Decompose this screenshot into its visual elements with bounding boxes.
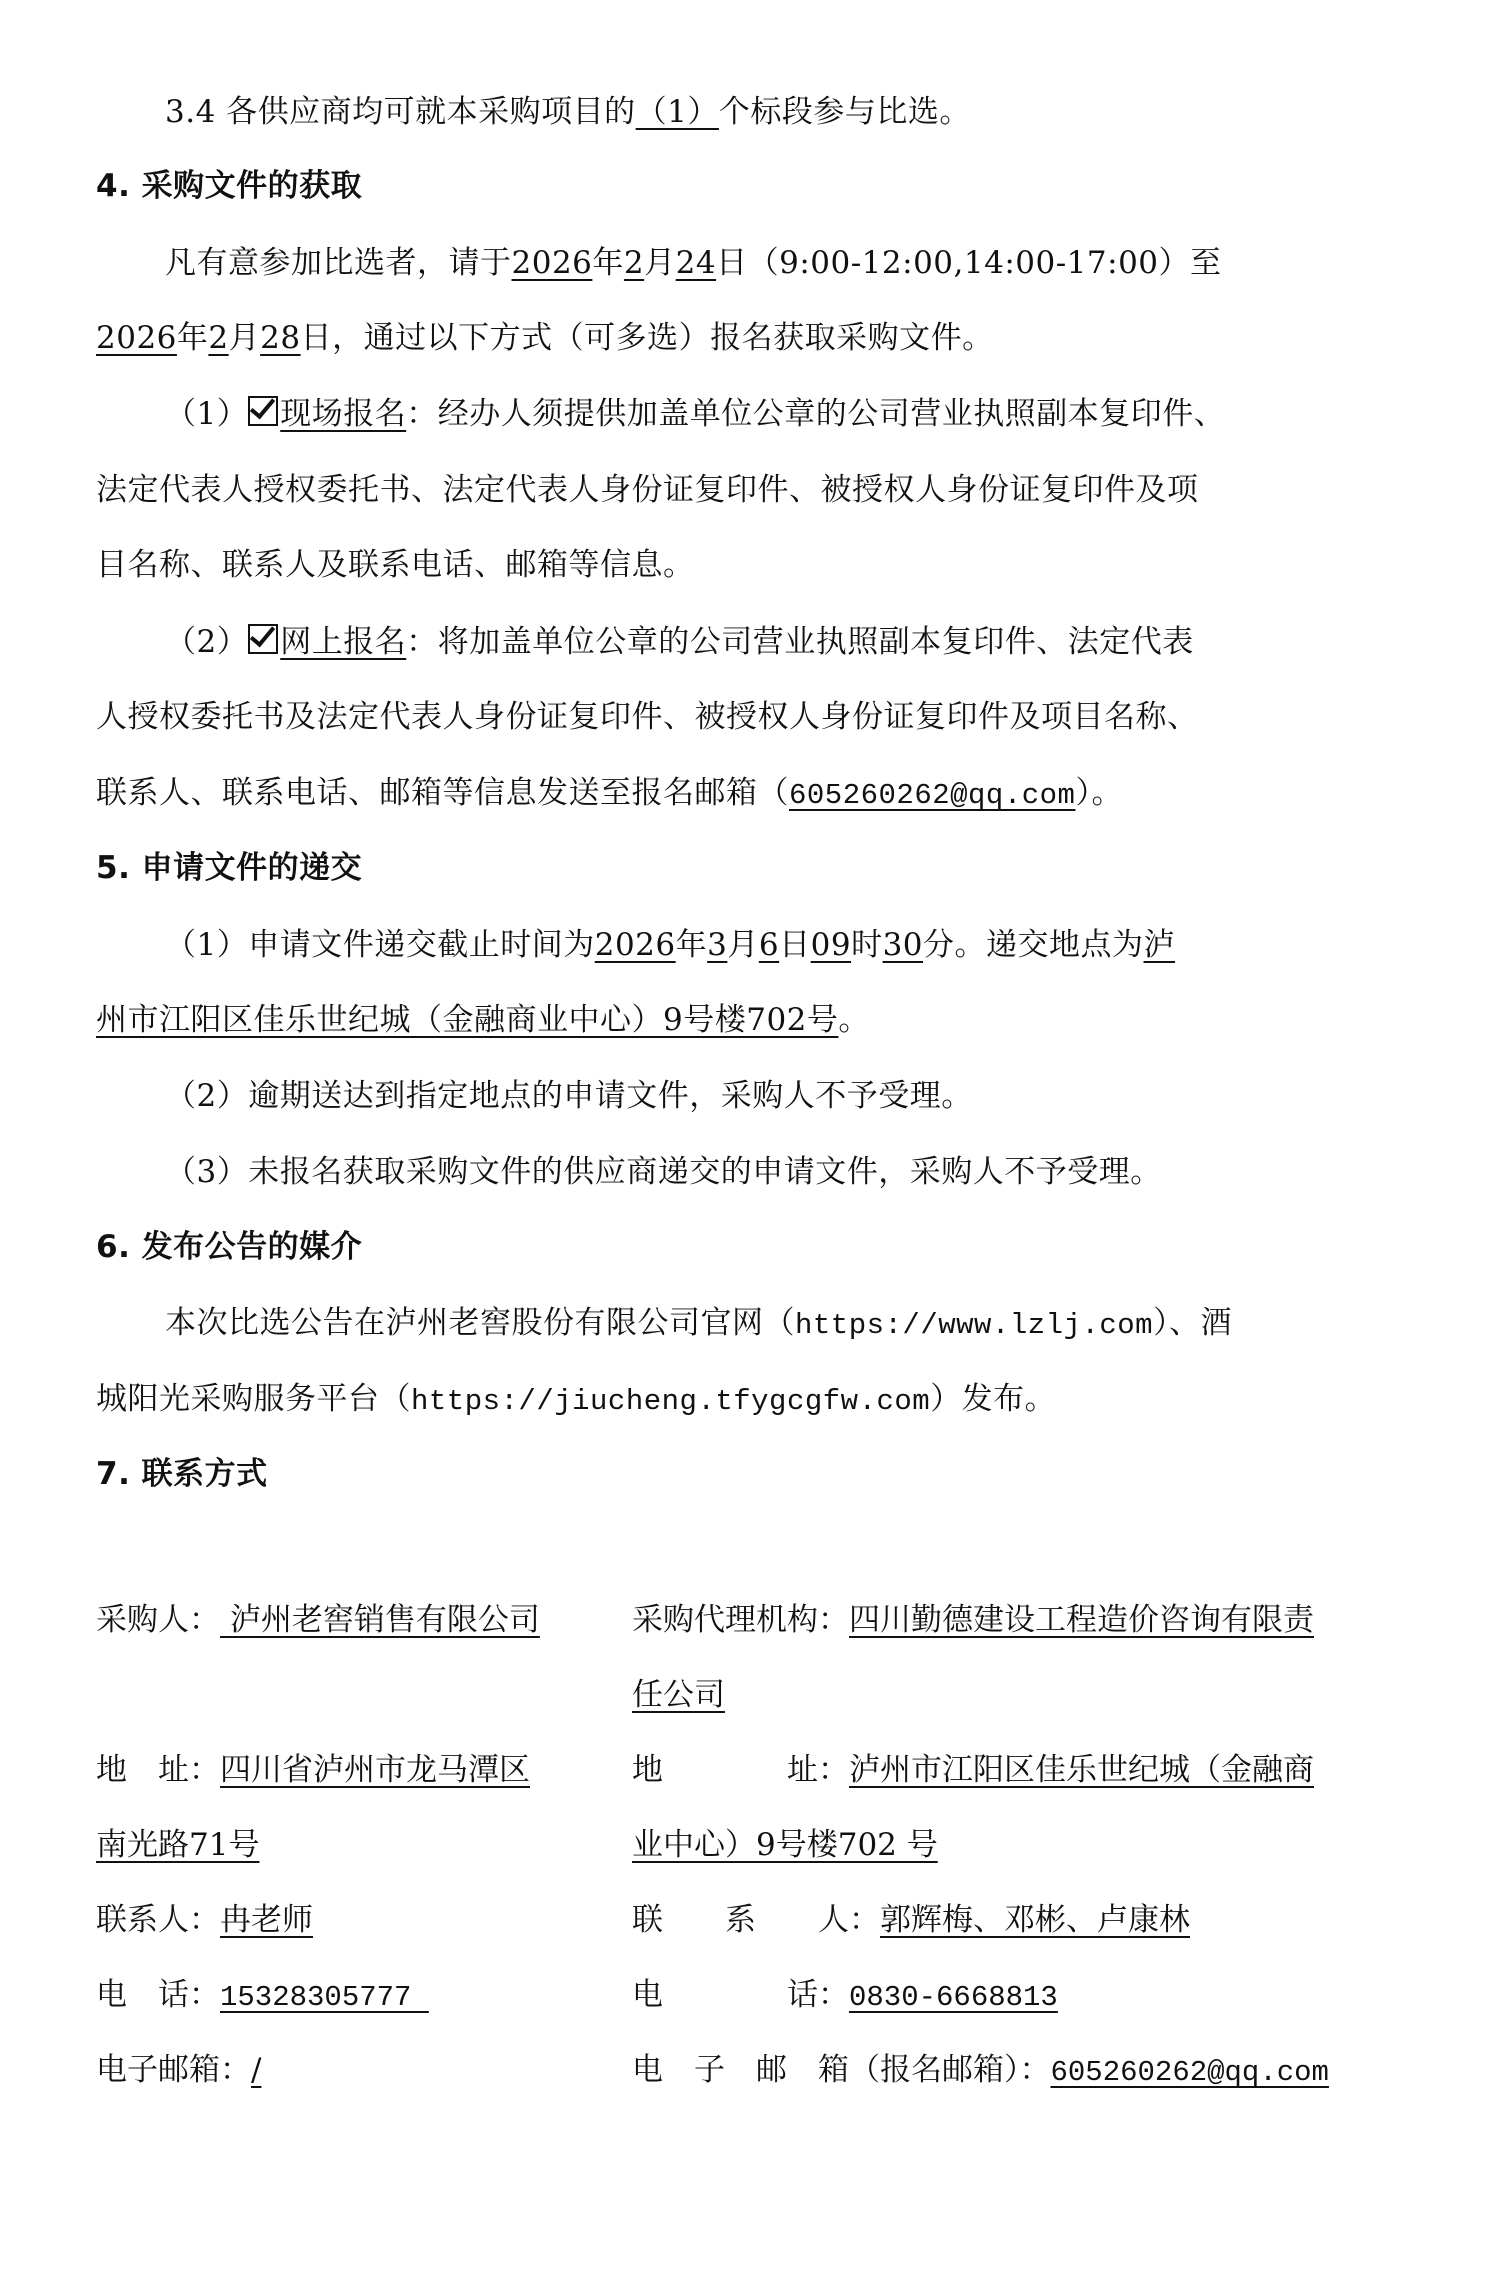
deadline-month: 3 — [707, 927, 727, 963]
onsite-registration-line1: （1）现场报名：经办人须提供加盖单位公章的公司营业执照副本复印件、 — [165, 394, 1225, 434]
field-label: 电 话： — [96, 1977, 220, 2013]
item-number: （1） — [165, 396, 248, 432]
agency-address: 业中心）9号楼702 号 — [632, 1827, 938, 1863]
agency-address-row: 地 址：泸州市江阳区佳乐世纪城（金融商 — [632, 1750, 1314, 1790]
clause-text: 个标段参与比选。 — [719, 94, 971, 130]
onsite-registration-option: 现场报名 — [248, 396, 406, 432]
end-month: 2 — [208, 320, 228, 356]
text: 年 — [676, 927, 708, 963]
submission-deadline-line1: （1）申请文件递交截止时间为2026年3月6日09时30分。递交地点为泸 — [165, 925, 1175, 965]
agency-address: 泸州市江阳区佳乐世纪城（金融商 — [849, 1752, 1314, 1788]
text: 凡有意参加比选者，请于 — [165, 245, 512, 281]
submission-address: 泸 — [1144, 927, 1176, 963]
end-day: 28 — [260, 320, 300, 356]
jiucheng-platform-link[interactable]: https://jiucheng.tfygcgfw.com — [411, 1385, 930, 1418]
agency-name: 任公司 — [632, 1677, 725, 1713]
text: 本次比选公告在泸州老窖股份有限公司官网（ — [165, 1305, 795, 1341]
field-label: 电 话： — [632, 1977, 849, 2013]
purchaser-address-row: 地 址：四川省泸州市龙马潭区 — [96, 1750, 530, 1790]
deadline-minute: 30 — [883, 927, 923, 963]
text: ：经办人须提供加盖单位公章的公司营业执照副本复印件、 — [406, 396, 1225, 432]
purchaser-address-row-2: 南光路71号 — [96, 1825, 259, 1865]
purchaser-contact-person: 冉老师 — [220, 1902, 313, 1938]
checkbox-checked-icon — [248, 396, 278, 426]
online-registration-line1: （2）网上报名：将加盖单位公章的公司营业执照副本复印件、法定代表 — [165, 622, 1194, 662]
purchaser-email-row: 电子邮箱：/ — [96, 2050, 261, 2090]
item-number: （2） — [165, 624, 248, 660]
text: 。 — [838, 1002, 870, 1038]
text: 月 — [644, 245, 676, 281]
onsite-registration-line2: 法定代表人授权委托书、法定代表人身份证复印件、被授权人身份证复印件及项 — [96, 470, 1199, 510]
text: ）、酒 — [1153, 1305, 1232, 1341]
text: ）。 — [1075, 775, 1123, 811]
deadline-day: 6 — [759, 927, 779, 963]
purchaser-email: / — [251, 2052, 261, 2088]
text: （1）申请文件递交截止时间为 — [165, 927, 595, 963]
purchaser-name: 泸州老窖销售有限公司 — [220, 1602, 540, 1638]
purchaser-phone-row: 电 话：15328305777 — [96, 1975, 429, 2018]
text: 时 — [851, 927, 883, 963]
start-day: 24 — [676, 245, 716, 281]
agency-name-row: 采购代理机构：四川勤德建设工程造价咨询有限责 — [632, 1600, 1314, 1640]
agency-email-row: 电 子 邮 箱（报名邮箱）：605260262@qq.com — [632, 2050, 1329, 2093]
text: 年 — [177, 320, 209, 356]
text: ）发布。 — [930, 1381, 1056, 1417]
text: 联系人、联系电话、邮箱等信息发送至报名邮箱（ — [96, 775, 789, 811]
end-year: 2026 — [96, 320, 177, 356]
field-label: 地 址： — [96, 1752, 220, 1788]
submission-address: 州市江阳区佳乐世纪城（金融商业中心）9号楼702号 — [96, 1002, 838, 1038]
field-label: 采购人： — [96, 1602, 220, 1638]
purchaser-address: 四川省泸州市龙马潭区 — [220, 1752, 530, 1788]
unregistered-submission-clause: （3）未报名获取采购文件的供应商递交的申请文件，采购人不予受理。 — [165, 1152, 1162, 1192]
submission-deadline-line2: 州市江阳区佳乐世纪城（金融商业中心）9号楼702号。 — [96, 1000, 870, 1040]
agency-contact-row: 联 系 人：郭辉梅、邓彬、卢康林 — [632, 1900, 1190, 1940]
registration-email-link[interactable]: 605260262@qq.com — [789, 779, 1075, 812]
agency-address-row-2: 业中心）9号楼702 号 — [632, 1825, 938, 1865]
lot-count: （1） — [636, 94, 719, 130]
field-label: 电子邮箱： — [96, 2052, 251, 2088]
text: 日 — [779, 927, 811, 963]
section-5-heading: 5. 申请文件的递交 — [96, 848, 362, 888]
section-7-heading: 7. 联系方式 — [96, 1454, 268, 1494]
field-label: 电 子 邮 箱（报名邮箱）： — [632, 2052, 1051, 2088]
purchaser-contact-row: 联系人：冉老师 — [96, 1900, 313, 1940]
media-line1: 本次比选公告在泸州老窖股份有限公司官网（https://www.lzlj.com… — [165, 1303, 1232, 1346]
onsite-registration-line3: 目名称、联系人及联系电话、邮箱等信息。 — [96, 545, 695, 585]
agency-phone: 0830-6668813 — [849, 1981, 1058, 2014]
text: 日（9:00-12:00,14:00-17:00）至 — [716, 245, 1221, 281]
start-month: 2 — [624, 245, 644, 281]
option-label: 网上报名 — [280, 624, 406, 660]
section-4-intro-line2: 2026年2月28日，通过以下方式（可多选）报名获取采购文件。 — [96, 318, 994, 358]
field-label: 联系人： — [96, 1902, 220, 1938]
clause-text: 3.4 各供应商均可就本采购项目的 — [165, 94, 636, 130]
purchaser-name-row: 采购人： 泸州老窖销售有限公司 — [96, 1600, 540, 1640]
late-submission-clause: （2）逾期送达到指定地点的申请文件，采购人不予受理。 — [165, 1076, 973, 1116]
section-6-heading: 6. 发布公告的媒介 — [96, 1227, 362, 1267]
text: 城阳光采购服务平台（ — [96, 1381, 411, 1417]
section-4-intro-line1: 凡有意参加比选者，请于2026年2月24日（9:00-12:00,14:00-1… — [165, 243, 1222, 283]
online-registration-option: 网上报名 — [248, 624, 406, 660]
text: 年 — [592, 245, 624, 281]
document-page: 3.4 各供应商均可就本采购项目的（1）个标段参与比选。 4. 采购文件的获取 … — [0, 0, 1500, 2291]
media-line2: 城阳光采购服务平台（https://jiucheng.tfygcgfw.com）… — [96, 1379, 1056, 1422]
text: 分。递交地点为 — [923, 927, 1144, 963]
checkbox-checked-icon — [248, 624, 278, 654]
text: ：将加盖单位公章的公司营业执照副本复印件、法定代表 — [406, 624, 1194, 660]
deadline-year: 2026 — [595, 927, 676, 963]
online-registration-line2: 人授权委托书及法定代表人身份证复印件、被授权人身份证复印件及项目名称、 — [96, 697, 1199, 737]
agency-email-link[interactable]: 605260262@qq.com — [1051, 2056, 1329, 2089]
field-label: 地 址： — [632, 1752, 849, 1788]
agency-contact-persons: 郭辉梅、邓彬、卢康林 — [880, 1902, 1190, 1938]
text: 月 — [229, 320, 261, 356]
purchaser-address: 南光路71号 — [96, 1827, 259, 1863]
section-4-heading: 4. 采购文件的获取 — [96, 166, 362, 206]
deadline-hour: 09 — [811, 927, 851, 963]
agency-name-row-2: 任公司 — [632, 1675, 725, 1715]
agency-phone-row: 电 话：0830-6668813 — [632, 1975, 1058, 2018]
text: 日，通过以下方式（可多选）报名获取采购文件。 — [301, 320, 994, 356]
option-label: 现场报名 — [280, 396, 406, 432]
text: 月 — [727, 927, 759, 963]
purchaser-phone: 15328305777 — [220, 1981, 429, 2014]
lzlj-website-link[interactable]: https://www.lzlj.com — [795, 1309, 1153, 1342]
agency-name: 四川勤德建设工程造价咨询有限责 — [849, 1602, 1314, 1638]
field-label: 采购代理机构： — [632, 1602, 849, 1638]
start-year: 2026 — [512, 245, 593, 281]
online-registration-line3: 联系人、联系电话、邮箱等信息发送至报名邮箱（605260262@qq.com）。 — [96, 773, 1123, 816]
clause-3-4: 3.4 各供应商均可就本采购项目的（1）个标段参与比选。 — [165, 92, 971, 132]
field-label: 联 系 人： — [632, 1902, 880, 1938]
